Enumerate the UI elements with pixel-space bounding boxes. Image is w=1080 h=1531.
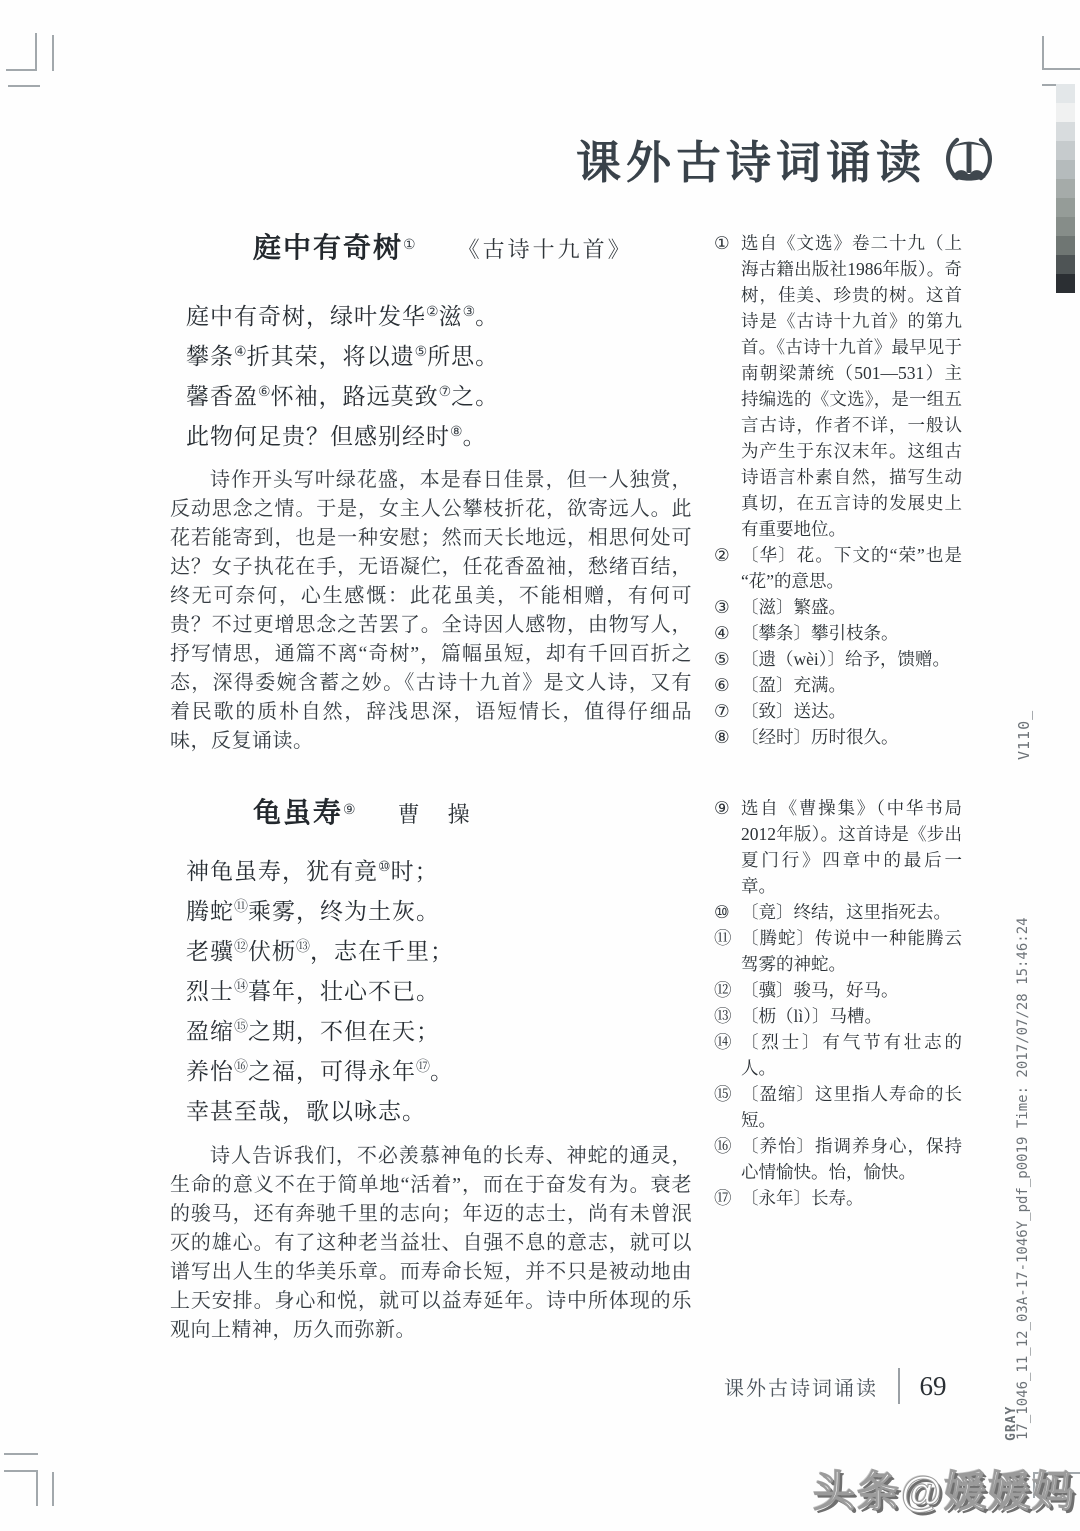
poem2-body: 神龟虽寿，犹有竟⑩时；腾蛇⑪乘雾，终为土灰。老骥⑫伏枥⑬，志在千里；烈士⑭暮年，… [186, 852, 706, 1132]
poem1-title-note: ① [403, 238, 416, 253]
registration-mark [36, 1470, 38, 1506]
page-footer: 课外古诗词诵读 69 [724, 1368, 947, 1404]
annotation-number: ⑰ [714, 1185, 741, 1211]
page-title: 课外古诗词诵读 [576, 126, 926, 191]
registration-mark [4, 1470, 38, 1472]
annotation-number: ⑥ [714, 672, 741, 698]
annotation-item: ①选自《文选》卷二十九（上海古籍出版社1986年版）。奇树，佳美、珍贵的树。这首… [714, 230, 962, 542]
press-print-code: 17_1046_11_12_03A-17-1046Y_pdf_p0019 Tim… [1015, 917, 1031, 1440]
annotation-item: ⑫〔骥〕骏马，好马。 [714, 977, 962, 1003]
annotation-number: ⑩ [714, 899, 741, 925]
annotation-text: 〔枥（lì）〕马槽。 [741, 1003, 962, 1029]
annotations-poem1: ①选自《文选》卷二十九（上海古籍出版社1986年版）。奇树，佳美、珍贵的树。这首… [714, 230, 962, 750]
annotation-text: 〔腾蛇〕传说中一种能腾云驾雾的神蛇。 [741, 925, 962, 977]
grayscale-step [1056, 179, 1075, 198]
registration-mark [6, 69, 37, 71]
annotation-item: ⑧〔经时〕历时很久。 [714, 724, 962, 750]
grayscale-step [1056, 122, 1075, 141]
watermark-text: 头条@媛媛妈 [813, 1459, 1076, 1519]
poem2-title: 龟虽寿⑨ [253, 791, 356, 831]
annotation-item: ③〔滋〕繁盛。 [714, 594, 962, 620]
annotation-number: ⑤ [714, 646, 741, 672]
poem1-commentary: 诗作开头写叶绿花盛，本是春日佳景，但一人独赏，反动思念之情。于是，女主人公攀枝折… [170, 466, 692, 756]
annotation-item: ⑯〔养怡〕指调养身心，保持心情愉快。怡，愉快。 [714, 1133, 962, 1185]
annotation-item: ⑤〔遗（wèi）〕给予，馈赠。 [714, 646, 962, 672]
grayscale-step [1056, 84, 1075, 103]
grayscale-step [1056, 160, 1075, 179]
poem2-byline: 曹 操 [398, 798, 473, 829]
grayscale-step [1056, 141, 1075, 160]
registration-mark [52, 1472, 54, 1506]
annotation-text: 〔致〕送达。 [741, 698, 962, 724]
poem2-title-note: ⑨ [343, 803, 356, 818]
poem-line: 腾蛇⑪乘雾，终为土灰。 [186, 892, 706, 932]
grayscale-step [1056, 103, 1075, 122]
registration-mark [8, 85, 40, 87]
poem-line: 养怡⑯之福，可得永年⑰。 [186, 1052, 706, 1092]
poem-line: 庭中有奇树，绿叶发华②滋③。 [186, 297, 706, 337]
grayscale-step [1056, 255, 1075, 274]
annotation-number: ⑫ [714, 977, 741, 1003]
annotation-item: ⑬〔枥（lì）〕马槽。 [714, 1003, 962, 1029]
press-gray-label: GRAY [1004, 1406, 1019, 1441]
annotation-number: ① [714, 230, 741, 256]
annotation-item: ⑪〔腾蛇〕传说中一种能腾云驾雾的神蛇。 [714, 925, 962, 977]
poem1-title: 庭中有奇树① [253, 226, 416, 266]
annotation-item: ⑭〔烈士〕有气节有壮志的人。 [714, 1029, 962, 1081]
anchor-circle-icon [940, 130, 998, 188]
annotation-text: 〔养怡〕指调养身心，保持心情愉快。怡，愉快。 [741, 1133, 962, 1185]
annotation-number: ⑮ [714, 1081, 741, 1107]
page-number: 69 [920, 1371, 947, 1402]
annotation-number: ⑭ [714, 1029, 741, 1055]
registration-mark [52, 35, 54, 71]
poem-line: 神龟虽寿，犹有竟⑩时； [186, 852, 706, 892]
annotation-text: 〔滋〕繁盛。 [741, 594, 962, 620]
annotation-number: ⑦ [714, 698, 741, 724]
press-version-code: V110_ [1015, 710, 1033, 760]
annotation-item: ⑥〔盈〕充满。 [714, 672, 962, 698]
grayscale-step [1056, 217, 1075, 236]
annotation-item: ⑩〔竟〕终结，这里指死去。 [714, 899, 962, 925]
page-header: 课外古诗词诵读 [576, 126, 998, 191]
registration-mark [1042, 84, 1056, 86]
poem-line: 幸甚至哉，歌以咏志。 [186, 1092, 706, 1132]
annotation-number: ⑯ [714, 1133, 741, 1159]
annotation-text: 〔攀条〕攀引枝条。 [741, 620, 962, 646]
annotation-text: 〔永年〕长寿。 [741, 1185, 962, 1211]
annotation-number: ③ [714, 594, 741, 620]
poem-line: 盈缩⑮之期，不但在天； [186, 1012, 706, 1052]
registration-mark [1042, 68, 1080, 70]
poem-line: 老骥⑫伏枥⑬，志在千里； [186, 932, 706, 972]
poem-line: 烈士⑭暮年，壮心不已。 [186, 972, 706, 1012]
annotation-item: ④〔攀条〕攀引枝条。 [714, 620, 962, 646]
registration-mark [4, 1453, 38, 1455]
annotation-text: 〔经时〕历时很久。 [741, 724, 962, 750]
annotation-number: ⑨ [714, 795, 741, 821]
poem-line: 攀条④折其荣，将以遗⑤所思。 [186, 337, 706, 377]
annotation-number: ⑧ [714, 724, 741, 750]
grayscale-step [1056, 274, 1075, 293]
annotation-item: ⑰〔永年〕长寿。 [714, 1185, 962, 1211]
annotation-item: ⑮〔盈缩〕这里指人寿命的长短。 [714, 1081, 962, 1133]
annotation-text: 〔骥〕骏马，好马。 [741, 977, 962, 1003]
annotation-number: ⑬ [714, 1003, 741, 1029]
annotation-number: ⑪ [714, 925, 741, 951]
annotation-item: ⑨选自《曹操集》（中华书局2012年版）。这首诗是《步出夏门行》四章中的最后一章… [714, 795, 962, 899]
annotation-text: 〔盈〕充满。 [741, 672, 962, 698]
registration-mark [35, 33, 37, 71]
poem2-commentary: 诗人告诉我们，不必羡慕神龟的长寿、神蛇的通灵，生命的意义不在于简单地“活着”，而… [170, 1142, 692, 1345]
annotation-text: 〔烈士〕有气节有壮志的人。 [741, 1029, 962, 1081]
textbook-page: 课外古诗词诵读 庭中有奇树① 《古诗十九首》 庭中有奇树，绿叶发华②滋③。攀条④… [0, 0, 1080, 1531]
annotation-text: 选自《曹操集》（中华书局2012年版）。这首诗是《步出夏门行》四章中的最后一章。 [741, 795, 962, 899]
annotation-text: 选自《文选》卷二十九（上海古籍出版社1986年版）。奇树，佳美、珍贵的树。这首诗… [741, 230, 962, 542]
annotations-poem2: ⑨选自《曹操集》（中华书局2012年版）。这首诗是《步出夏门行》四章中的最后一章… [714, 795, 962, 1211]
annotation-text: 〔竟〕终结，这里指死去。 [741, 899, 962, 925]
annotation-text: 〔华〕花。下文的“荣”也是“花”的意思。 [741, 542, 962, 594]
grayscale-calibration-strip [1056, 84, 1075, 293]
grayscale-step [1056, 198, 1075, 217]
poem2-title-row: 龟虽寿⑨ 曹 操 [253, 791, 473, 831]
annotation-number: ② [714, 542, 741, 568]
annotation-item: ②〔华〕花。下文的“荣”也是“花”的意思。 [714, 542, 962, 594]
poem-line: 馨香盈⑥怀袖，路远莫致⑦之。 [186, 377, 706, 417]
poem1-body: 庭中有奇树，绿叶发华②滋③。攀条④折其荣，将以遗⑤所思。馨香盈⑥怀袖，路远莫致⑦… [186, 297, 706, 457]
poem1-byline: 《古诗十九首》 [458, 233, 633, 264]
footer-divider [898, 1368, 900, 1404]
poem1-title-row: 庭中有奇树① 《古诗十九首》 [253, 226, 633, 266]
annotation-text: 〔遗（wèi）〕给予，馈赠。 [741, 646, 962, 672]
grayscale-step [1056, 236, 1075, 255]
annotation-text: 〔盈缩〕这里指人寿命的长短。 [741, 1081, 962, 1133]
footer-section-label: 课外古诗词诵读 [724, 1372, 878, 1401]
annotation-item: ⑦〔致〕送达。 [714, 698, 962, 724]
annotation-number: ④ [714, 620, 741, 646]
poem-line: 此物何足贵？但感别经时⑧。 [186, 417, 706, 457]
registration-mark [1042, 36, 1044, 70]
